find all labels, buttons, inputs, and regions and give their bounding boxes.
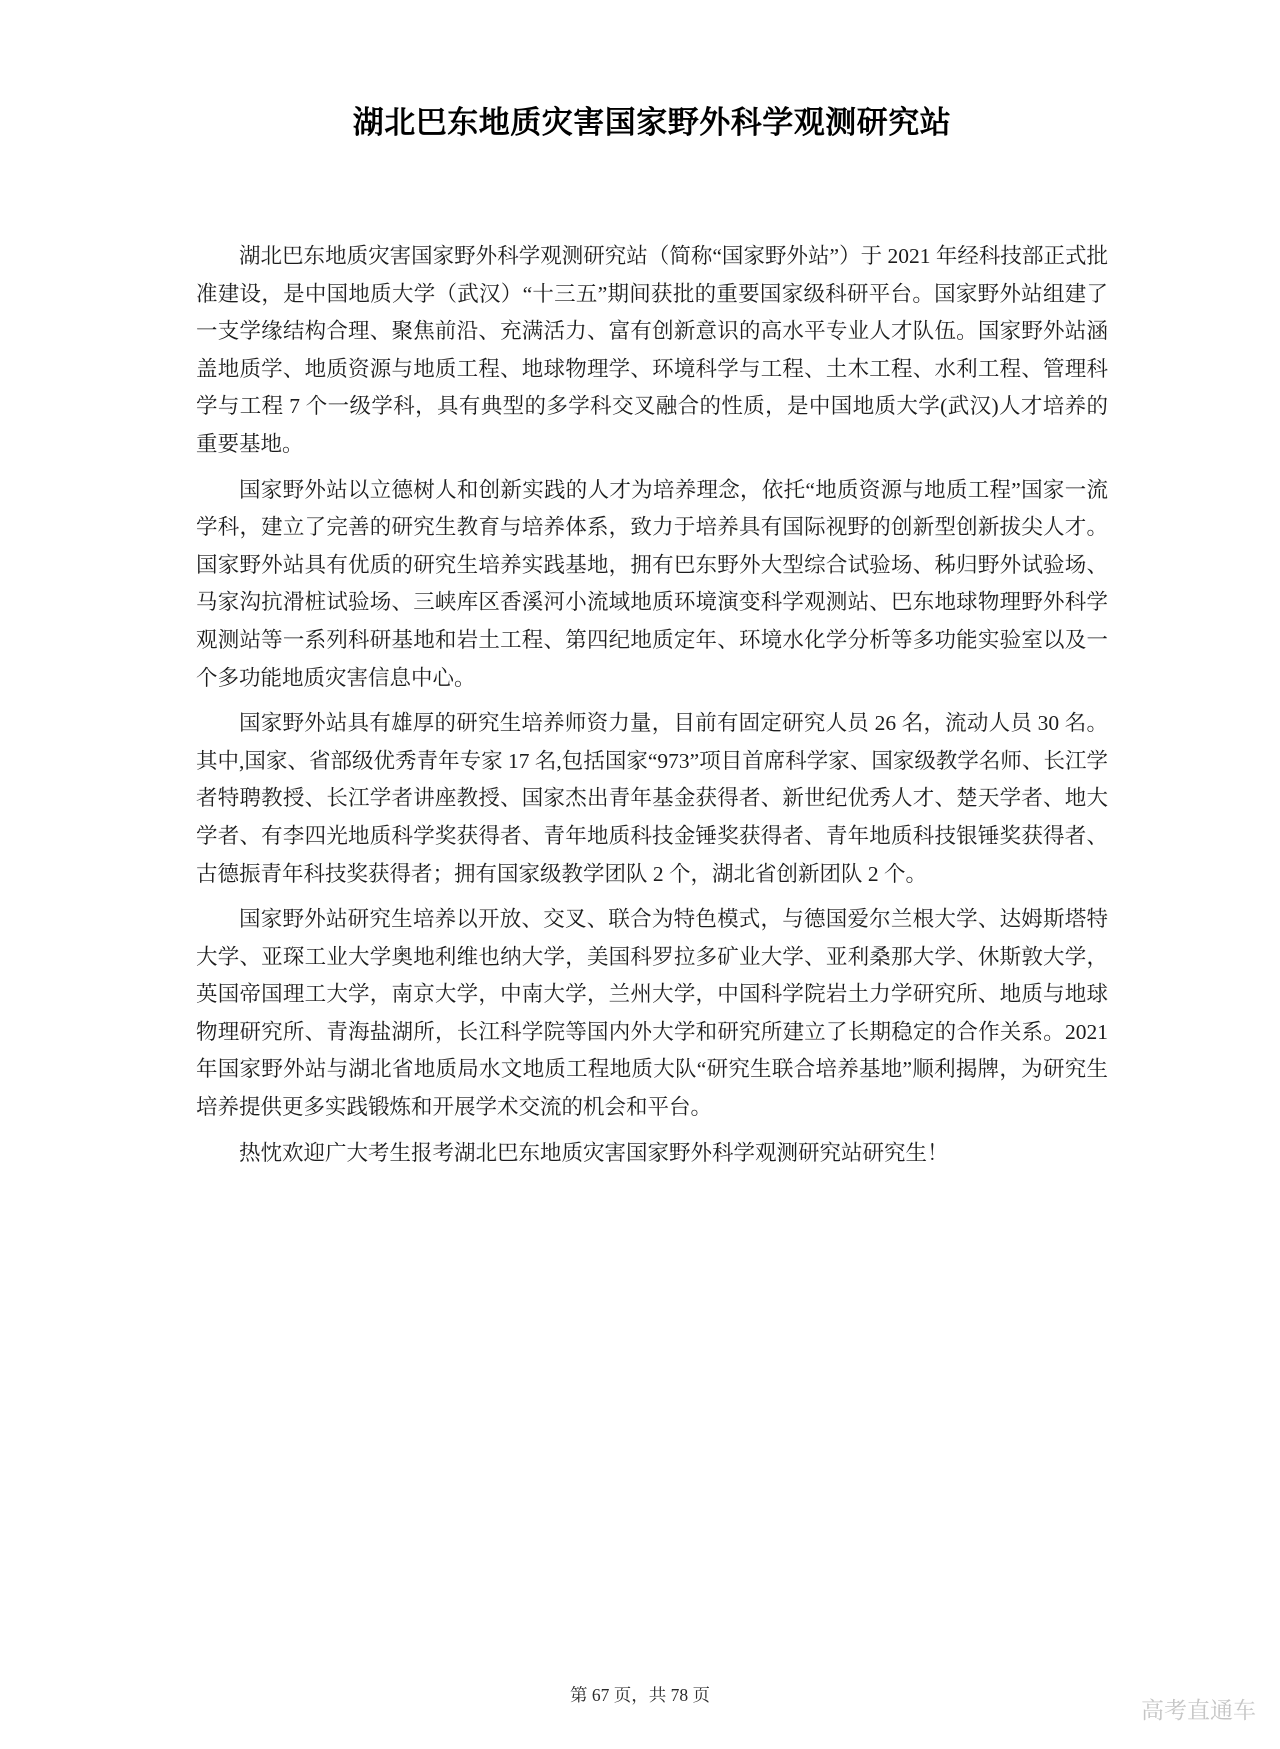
watermark-text: 高考直通车 <box>1141 1692 1256 1725</box>
document-body: 湖北巴东地质灾害国家野外科学观测研究站 湖北巴东地质灾害国家野外科学观测研究站（… <box>196 103 1108 1180</box>
page-number-indicator: 第 67 页，共 78 页 <box>0 1682 1280 1707</box>
page-title: 湖北巴东地质灾害国家野外科学观测研究站 <box>196 103 1108 143</box>
paragraph-cooperation: 国家野外站研究生培养以开放、交叉、联合为特色模式，与德国爱尔兰根大学、达姆斯塔特… <box>196 901 1108 1127</box>
paragraph-welcome: 热忱欢迎广大考生报考湖北巴东地质灾害国家野外科学观测研究站研究生！ <box>196 1135 1108 1173</box>
paragraph-faculty: 国家野外站具有雄厚的研究生培养师资力量，目前有固定研究人员 26 名，流动人员 … <box>196 705 1108 893</box>
document-page: 湖北巴东地质灾害国家野外科学观测研究站 湖北巴东地质灾害国家野外科学观测研究站（… <box>0 0 1280 1749</box>
paragraph-training-philosophy: 国家野外站以立德树人和创新实践的人才为培养理念，依托“地质资源与地质工程”国家一… <box>196 472 1108 698</box>
paragraph-intro: 湖北巴东地质灾害国家野外科学观测研究站（简称“国家野外站”）于 2021 年经科… <box>196 238 1108 464</box>
